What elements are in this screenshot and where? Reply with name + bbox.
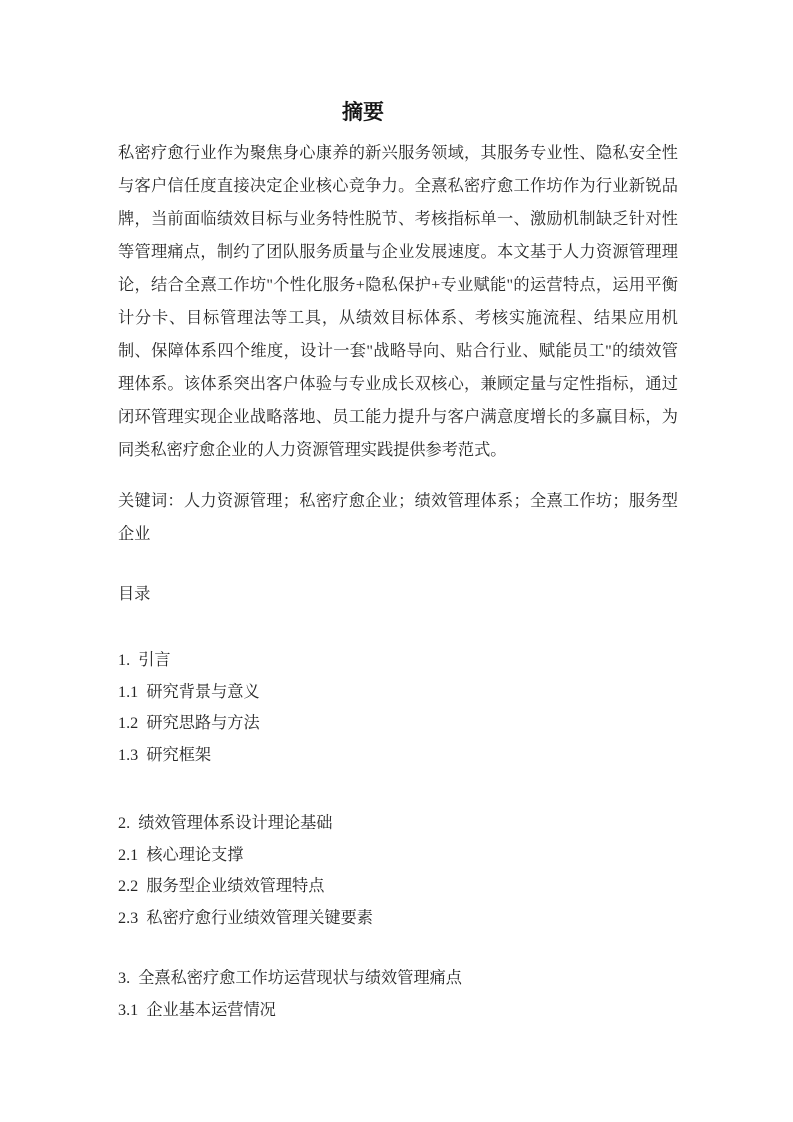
toc-item: 2. 绩效管理体系设计理论基础	[118, 808, 738, 840]
toc-item: 2.2 服务型企业绩效管理特点	[118, 871, 738, 903]
keywords-line: 关键词：人力资源管理；私密疗愈企业；绩效管理体系；全熹工作坊；服务型企业	[118, 485, 678, 551]
toc-item: 3. 全熹私密疗愈工作坊运营现状与绩效管理痛点	[118, 963, 738, 995]
abstract-paragraph: 私密疗愈行业作为聚焦身心康养的新兴服务领域，其服务专业性、隐私安全性与客户信任度…	[118, 137, 678, 467]
toc-item: 1.2 研究思路与方法	[118, 708, 738, 740]
toc-heading: 目录	[118, 578, 678, 611]
toc-section-1: 1. 引言 1.1 研究背景与意义 1.2 研究思路与方法 1.3 研究框架	[118, 645, 738, 771]
toc-section-3: 3. 全熹私密疗愈工作坊运营现状与绩效管理痛点 3.1 企业基本运营情况	[118, 963, 738, 1026]
toc-item: 1.1 研究背景与意义	[118, 677, 738, 709]
toc-item: 1.3 研究框架	[118, 740, 738, 772]
toc-item: 1. 引言	[118, 645, 738, 677]
toc-section-2: 2. 绩效管理体系设计理论基础 2.1 核心理论支撑 2.2 服务型企业绩效管理…	[118, 808, 738, 934]
toc-item: 3.1 企业基本运营情况	[118, 995, 738, 1027]
abstract-title: 摘要	[118, 96, 678, 129]
toc-item: 2.3 私密疗愈行业绩效管理关键要素	[118, 903, 738, 935]
document-page: 摘要 私密疗愈行业作为聚焦身心康养的新兴服务领域，其服务专业性、隐私安全性与客户…	[0, 0, 793, 1122]
toc-item: 2.1 核心理论支撑	[118, 840, 738, 872]
